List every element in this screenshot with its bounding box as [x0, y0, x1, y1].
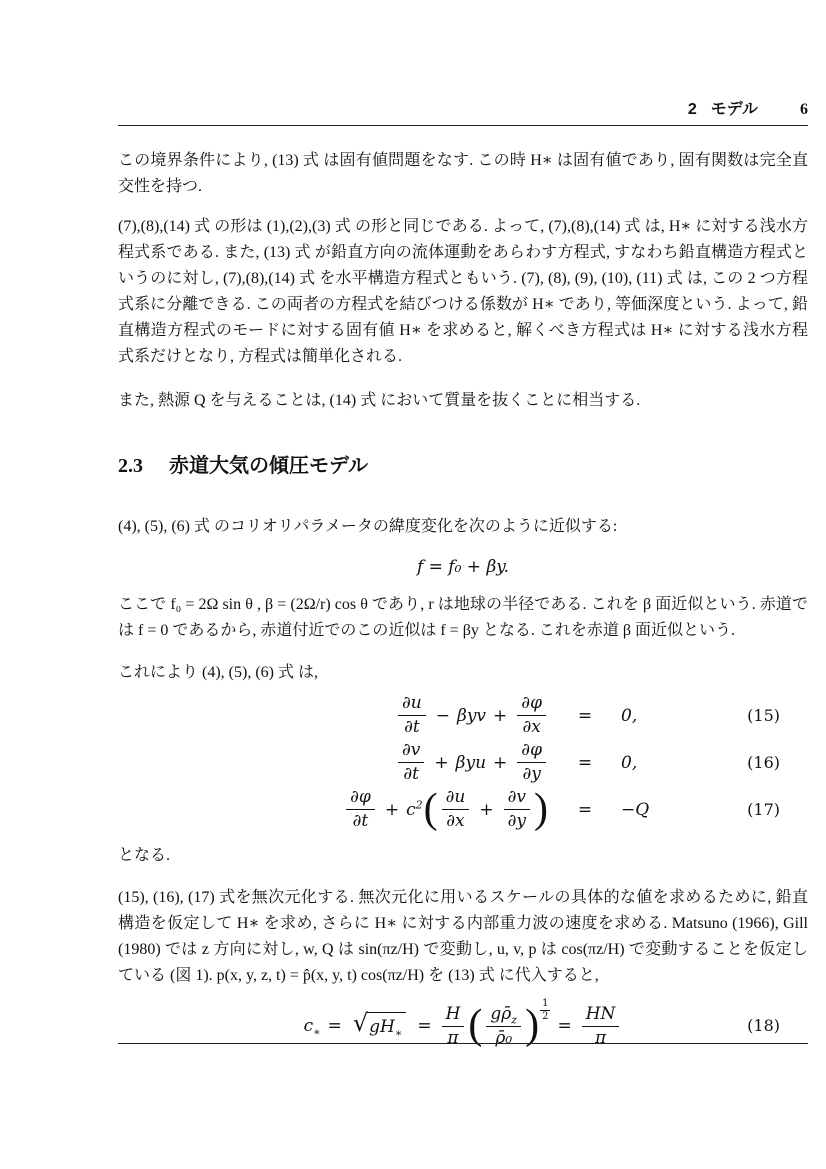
fraction: ∂φ∂t: [346, 788, 375, 831]
fraction: ∂v∂t: [398, 741, 424, 784]
running-header-section-number: 2: [688, 101, 697, 118]
fraction: ∂φ∂x: [517, 694, 546, 737]
equation-coriolis: f = f₀ + βy.: [118, 554, 808, 580]
equals-sign: =: [328, 1013, 342, 1039]
equation-number: (18): [747, 1013, 780, 1039]
running-header-section-title: モデル: [711, 101, 758, 118]
fraction: ∂φ∂y: [517, 741, 546, 784]
equals-sign: =: [417, 1013, 431, 1039]
exponent-half: 12: [540, 999, 550, 1022]
operator: +: [385, 797, 399, 823]
operator: +: [493, 750, 507, 776]
footer-rule: [118, 1043, 808, 1044]
radical-sign: √: [353, 1012, 368, 1034]
fraction: gρ̄z ρ̄₀: [486, 1005, 521, 1048]
paragraph-shallow-water-system: (7),(8),(14) 式 の形は (1),(2),(3) 式 の形と同じであ…: [118, 214, 808, 370]
paragraph-tonaru: となる.: [118, 843, 808, 869]
equation-15-rhs: 0,: [621, 703, 753, 729]
running-header-title: 2モデル: [688, 100, 758, 120]
paragraph-beta-plane: ここで f₀ = 2Ω sin θ , β = (2Ω/r) cos θ であり…: [118, 592, 808, 644]
fraction: ∂u∂t: [398, 694, 426, 737]
equation-16: ∂v∂t + βyu + ∂φ∂y = 0, (16): [118, 739, 808, 786]
subsection-number: 2.3: [118, 455, 143, 477]
equation-number: (16): [747, 750, 780, 776]
equation-18-body: c∗ = √ gH∗ = Hπ ( gρ̄z ρ̄₀ ) 12 = HNπ: [304, 1005, 623, 1048]
right-paren: ): [534, 792, 548, 828]
paragraph-heat-source: また, 熱源 Q を与えることは, (14) 式 において質量を抜くことに相当す…: [118, 388, 808, 414]
equation-16-lhs: ∂v∂t + βyu + ∂φ∂y: [237, 741, 549, 784]
equals-sign: =: [557, 1013, 571, 1039]
term: βyv: [457, 703, 486, 729]
equation-16-body: ∂v∂t + βyu + ∂φ∂y = 0,: [173, 741, 753, 784]
fraction: Hπ: [442, 1005, 465, 1048]
equation-17: ∂φ∂t + c2 ( ∂u∂x + ∂v∂y ) = −Q (17): [118, 786, 808, 833]
equals-sign: =: [556, 797, 614, 823]
left-paren: (: [468, 1008, 482, 1044]
square-root: √ gH∗: [353, 1012, 407, 1040]
operator: −: [436, 703, 450, 729]
equation-17-body: ∂φ∂t + c2 ( ∂u∂x + ∂v∂y ) = −Q: [173, 788, 753, 831]
equation-17-rhs: −Q: [621, 797, 753, 823]
document-page: 2モデル 6 この境界条件により, (13) 式 は固有値問題をなす. この時 …: [0, 0, 826, 1169]
operator: +: [493, 703, 507, 729]
term: βyu: [456, 750, 486, 776]
display-equation-group: ∂u∂t − βyv + ∂φ∂x = 0, (15) ∂v∂t + βyu +…: [118, 692, 808, 833]
equation-16-rhs: 0,: [621, 750, 753, 776]
paragraph-boundary-condition: この境界条件により, (13) 式 は固有値問題をなす. この時 H∗ は固有値…: [118, 148, 808, 200]
phase-speed-symbol: c∗: [304, 1013, 321, 1039]
paragraph-nondimensionalize: (15), (16), (17) 式を無次元化する. 無次元化に用いるスケールの…: [118, 885, 808, 989]
coefficient: c2: [406, 797, 423, 823]
right-paren: ): [525, 1008, 539, 1044]
page-number: 6: [800, 100, 808, 120]
operator: +: [434, 750, 448, 776]
equation-18: c∗ = √ gH∗ = Hπ ( gρ̄z ρ̄₀ ) 12 = HNπ (1…: [118, 997, 808, 1055]
equation-15-body: ∂u∂t − βyv + ∂φ∂x = 0,: [173, 694, 753, 737]
header-rule: [118, 125, 808, 126]
paragraph-lead-in: これにより (4), (5), (6) 式 は,: [118, 660, 808, 686]
equation-17-lhs: ∂φ∂t + c2 ( ∂u∂x + ∂v∂y ): [237, 788, 549, 831]
equals-sign: =: [556, 750, 614, 776]
fraction: HNπ: [582, 1005, 620, 1048]
equation-15-lhs: ∂u∂t − βyv + ∂φ∂x: [237, 694, 549, 737]
equation-15: ∂u∂t − βyv + ∂φ∂x = 0, (15): [118, 692, 808, 739]
running-header: 2モデル 6: [118, 100, 808, 120]
fraction: ∂v∂y: [504, 788, 530, 831]
subsection-heading: 2.3赤道大気の傾圧モデル: [118, 454, 808, 478]
equals-sign: =: [556, 703, 614, 729]
subsection-title: 赤道大気の傾圧モデル: [169, 455, 368, 477]
fraction: ∂u∂x: [442, 788, 470, 831]
equation-number: (15): [747, 703, 780, 729]
left-paren: (: [424, 792, 438, 828]
paragraph-coriolis-intro: (4), (5), (6) 式 のコリオリパラメータの緯度変化を次のように近似す…: [118, 514, 808, 540]
operator: +: [479, 797, 493, 823]
equation-number: (17): [747, 797, 780, 823]
